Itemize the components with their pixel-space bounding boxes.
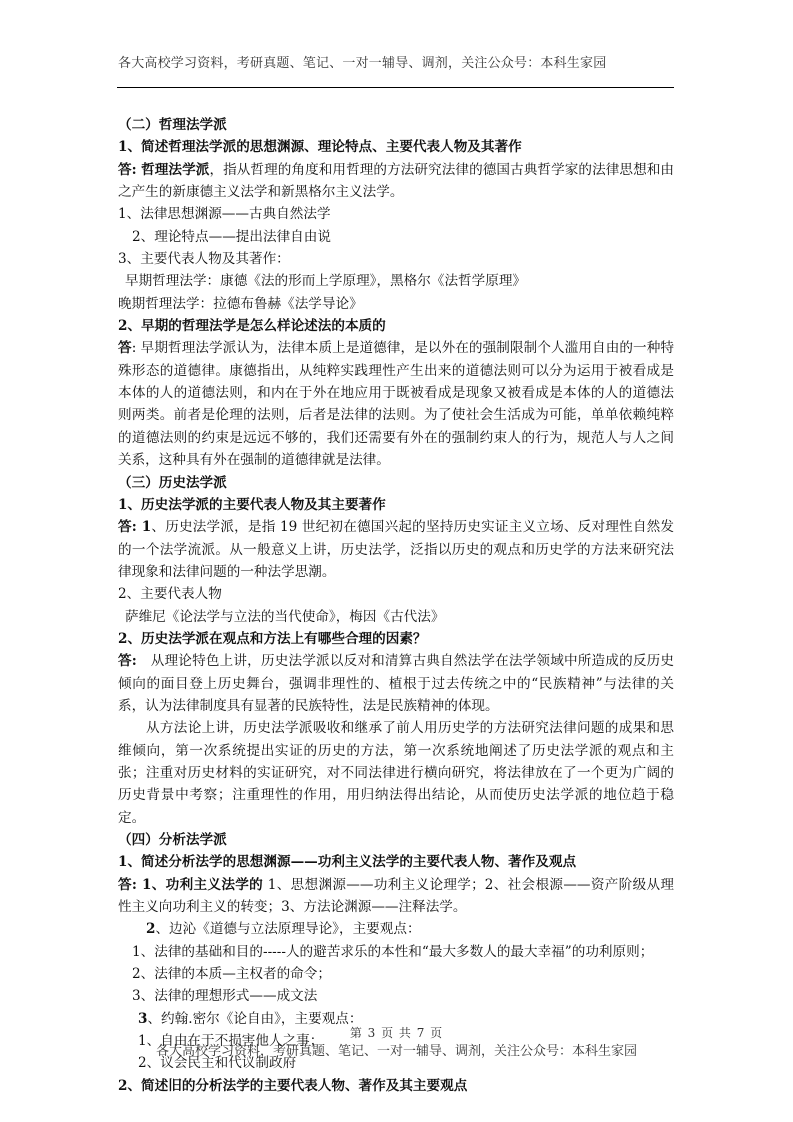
answer-label: 答: xyxy=(118,162,137,178)
answer-label: 答: xyxy=(118,653,137,669)
list-item: 萨维尼《论法学与立法的当代使命》，梅因《古代法》 xyxy=(118,606,674,628)
list-item: 3、法律的理想形式——成文法 xyxy=(118,985,674,1007)
answer-paragraph: 答: 哲理法学派，指从哲理的角度和用哲理的方法研究法律的德国古典哲学家的法律思想… xyxy=(118,159,674,204)
answer-paragraph: 从方法论上讲，历史法学派吸收和继承了前人用历史学的方法研究法律问题的成果和思维倾… xyxy=(118,717,674,829)
section-title-philosophical-school: （二）哲理法学派 xyxy=(118,114,674,136)
answer-paragraph: 答: 1、历史法学派，是指 19 世纪初在德国兴起的坚持历史实证主义立场、反对理… xyxy=(118,516,674,583)
question-heading: 2、早期的哲理法学是怎么样论述法的本质的 xyxy=(118,315,674,337)
answer-label: 答 xyxy=(118,340,132,356)
document-body: （二）哲理法学派 1、简述哲理法学派的思想渊源、理论特点、主要代表人物及其著作 … xyxy=(118,114,674,1097)
answer-term: 哲理法学派 xyxy=(141,162,209,178)
page-number: 第 3 页 共 7 页 xyxy=(0,1024,793,1041)
question-heading: 1、简述哲理法学派的思想渊源、理论特点、主要代表人物及其著作 xyxy=(118,136,674,158)
list-item: 1、法律思想渊源——古典自然法学 xyxy=(118,203,674,225)
page-footer: 各大高校学习资料，考研真题、笔记、一对一辅导、调剂，关注公众号：本科生家园 xyxy=(0,1040,793,1059)
list-item: 晚期哲理法学：拉德布鲁赫《法学导论》 xyxy=(118,293,674,315)
answer-paragraph: 答: 早期哲理法学派认为，法律本质上是道德律，是以外在的强制限制个人滥用自由的一… xyxy=(118,337,674,471)
page-header: 各大高校学习资料，考研真题、笔记、一对一辅导、调剂，关注公众号：本科生家园 xyxy=(118,52,674,71)
answer-text: : 早期哲理法学派认为，法律本质上是道德律，是以外在的强制限制个人滥用自由的一种… xyxy=(118,340,674,468)
section-title-historical-school: （三）历史法学派 xyxy=(118,472,674,494)
item-text: 、边沁《道德与立法原理导论》，主要观点： xyxy=(155,921,420,937)
header-divider xyxy=(117,87,674,88)
section-title-analytical-school: （四）分析法学派 xyxy=(118,829,674,851)
answer-text: 、历史法学派，是指 19 世纪初在德国兴起的坚持历史实证主义立场、反对理性自然发… xyxy=(118,519,674,580)
list-item: 1、法律的基础和目的-----人的避苦求乐的本性和“最大多数人的最大幸福”的功利… xyxy=(118,941,674,963)
question-heading: 1、简述分析法学的思想渊源——功利主义法学的主要代表人物、著作及观点 xyxy=(118,851,674,873)
list-item: 2、理论特点——提出法律自由说 xyxy=(118,226,674,248)
list-item: 2、法律的本质—主权者的命令； xyxy=(118,963,674,985)
answer-label: 答: 1、功利主义法学的 xyxy=(118,877,263,893)
question-heading: 2、历史法学派在观点和方法上有哪些合理的因素？ xyxy=(118,628,674,650)
answer-paragraph: 答: 从理论特色上讲，历史法学派以反对和清算古典自然法学在法学领域中所造成的反历… xyxy=(118,650,674,717)
answer-paragraph: 答: 1、功利主义法学的 1、思想渊源——功利主义论理学；2、社会根源——资产阶… xyxy=(118,874,674,919)
list-item: 早期哲理法学：康德《法的形而上学原理》，黑格尔《法哲学原理》 xyxy=(118,270,674,292)
list-item: 2、主要代表人物 xyxy=(118,583,674,605)
answer-text: 从理论特色上讲，历史法学派以反对和清算古典自然法学在法学领域中所造成的反历史倾向… xyxy=(118,653,674,714)
list-item: 2、边沁《道德与立法原理导论》，主要观点： xyxy=(118,918,674,940)
list-item: 3、主要代表人物及其著作： xyxy=(118,248,674,270)
question-heading: 2、简述旧的分析法学的主要代表人物、著作及其主要观点 xyxy=(118,1075,674,1097)
answer-label: 答: 1 xyxy=(118,519,151,535)
question-heading: 1、历史法学派的主要代表人物及其主要著作 xyxy=(118,494,674,516)
